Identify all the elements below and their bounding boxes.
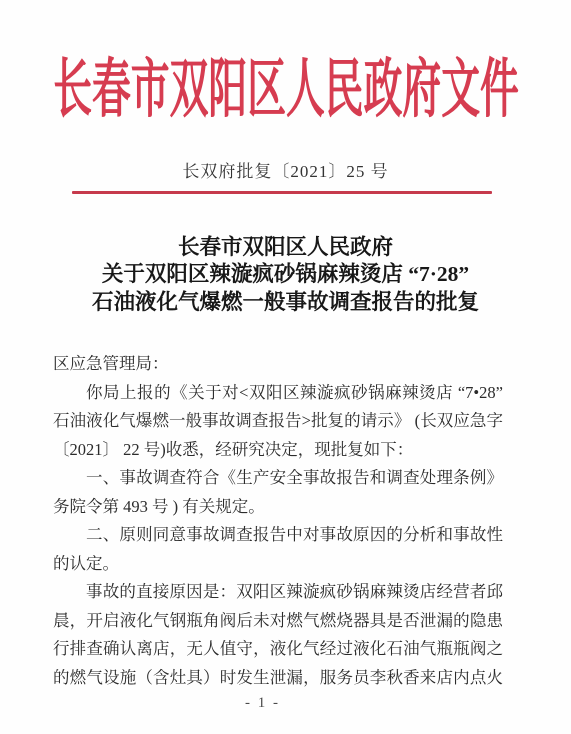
body-line: 你局上报的《关于对<双阳区辣漩疯砂锅麻辣烫店 “7•28” bbox=[53, 379, 503, 408]
body-line: 石油液化气爆燃一般事故调查报告>批复的请示》 (长双应急字 bbox=[53, 407, 503, 436]
document-title-line: 长春市双阳区人民政府 bbox=[0, 234, 571, 262]
document-title: 长春市双阳区人民政府 关于双阳区辣漩疯砂锅麻辣烫店 “7·28” 石油液化气爆燃… bbox=[0, 234, 571, 317]
body-paragraph-lines: 你局上报的《关于对<双阳区辣漩疯砂锅麻辣烫店 “7•28” 石油液化气爆燃一般事… bbox=[53, 379, 503, 693]
page-number: - 1 - bbox=[245, 695, 280, 711]
body-line: 一、事故调查符合《生产安全事故报告和调查处理条例》( 国 bbox=[53, 464, 503, 493]
document-title-line: 石油液化气爆燃一般事故调查报告的批复 bbox=[0, 289, 571, 317]
salutation: 区应急管理局： bbox=[53, 350, 503, 379]
body-line: 晨，开启液化气钢瓶角阀后未对燃气燃烧器具是否泄漏的隐患进 bbox=[53, 607, 503, 636]
body-line: 的认定。 bbox=[53, 550, 503, 579]
body-line: 务院令第 493 号 ) 有关规定。 bbox=[53, 493, 503, 522]
page-footer: - 1 - bbox=[0, 695, 525, 711]
body-line: 的燃气设施（含灶具）时发生泄漏，服务员李秋香来店内点火汤 bbox=[53, 664, 503, 693]
body-line: 事故的直接原因是：双阳区辣漩疯砂锅麻辣烫店经营者邱 bbox=[53, 578, 503, 607]
letterhead-title: 长春市双阳区人民政府文件 bbox=[53, 58, 519, 122]
body-line: 二、原则同意事故调查报告中对事故原因的分析和事故性质 bbox=[53, 521, 503, 550]
letterhead: 长春市双阳区人民政府文件 bbox=[0, 58, 571, 98]
body-line: 行排查确认离店，无人值守，液化气经过液化石油气瓶瓶阀之后 bbox=[53, 635, 503, 664]
document-title-line: 关于双阳区辣漩疯砂锅麻辣烫店 “7·28” bbox=[0, 261, 571, 289]
red-divider-line bbox=[72, 191, 492, 194]
document-page: 长春市双阳区人民政府文件 长双府批复〔2021〕25 号 长春市双阳区人民政府 … bbox=[0, 0, 571, 734]
document-number: 长双府批复〔2021〕25 号 bbox=[0, 161, 571, 183]
body-line: 〔2021〕 22 号)收悉，经研究决定，现批复如下： bbox=[53, 436, 503, 465]
document-body: 区应急管理局： 你局上报的《关于对<双阳区辣漩疯砂锅麻辣烫店 “7•28” 石油… bbox=[53, 350, 503, 692]
